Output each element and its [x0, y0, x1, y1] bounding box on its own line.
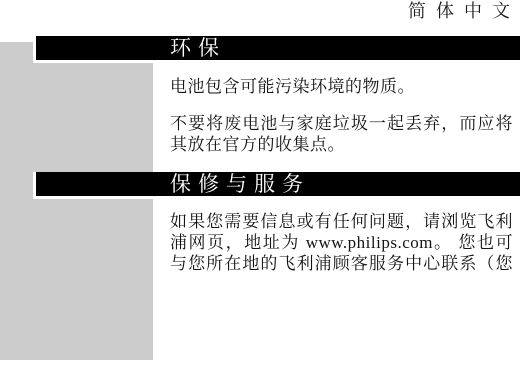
body-text-line: 如果您需要信息或有任何问题，请浏览飞利: [170, 211, 513, 232]
sidebar-panel: [0, 42, 153, 360]
body-text-line: 与您所在地的飞利浦顾客服务中心联系（您: [170, 253, 513, 274]
section-title-warranty: 保修与服务: [36, 172, 520, 196]
manual-page: 简体中文 环保 电池包含可能污染环境的物质。 不要将废电池与家庭垃圾一起丢弃，而…: [0, 0, 520, 365]
section-header-warranty: 保修与服务: [33, 172, 520, 199]
paragraph-warranty-info: 如果您需要信息或有任何问题，请浏览飞利 浦网页，地址为 www.philips.…: [170, 211, 513, 274]
section-title-environment: 环保: [36, 36, 520, 60]
paragraph-battery-disposal: 不要将废电池与家庭垃圾一起丢弃，而应将 其放在官方的收集点。: [170, 113, 513, 155]
paragraph-battery-substances: 电池包含可能污染环境的物质。: [170, 76, 513, 97]
body-text-line: 不要将废电池与家庭垃圾一起丢弃，而应将: [170, 113, 513, 134]
language-label: 简体中文: [408, 0, 520, 22]
section-header-environment: 环保: [33, 36, 520, 63]
body-text-line: 电池包含可能污染环境的物质。: [170, 76, 513, 97]
body-text-line: 其放在官方的收集点。: [170, 134, 513, 155]
body-text-line: 浦网页，地址为 www.philips.com。 您也可: [170, 232, 513, 253]
